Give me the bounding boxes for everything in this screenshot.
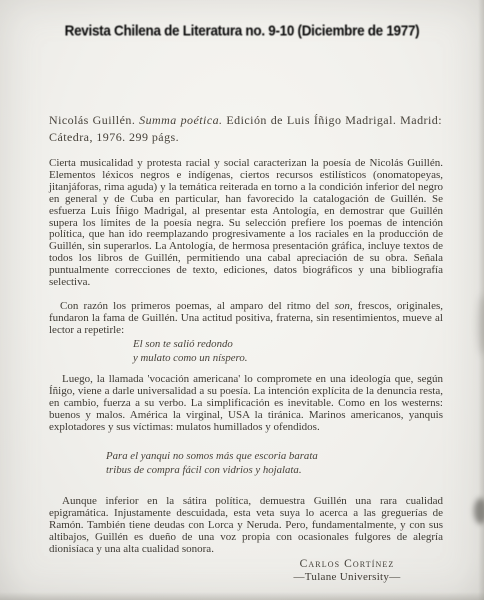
- reviewer-signature: Carlos Cortínez —Tulane University—: [243, 558, 451, 583]
- paragraph-american-vocation: Luego, la llamada 'vocación americana' l…: [49, 374, 443, 434]
- reviewer-name: Carlos Cortínez: [243, 558, 451, 570]
- verse-line-1: El son te salió redondo: [133, 338, 247, 352]
- paragraph-overview: Cierta musicalidad y protesta racial y s…: [49, 158, 443, 289]
- reviewer-affiliation: —Tulane University—: [243, 571, 451, 583]
- citation-author: Nicolás Guillén.: [49, 113, 139, 127]
- scan-edge-shadow: [0, 592, 484, 600]
- verse-line-2: y mulato como un níspero.: [133, 352, 247, 366]
- verse-line-2: tribus de compra fácil con vidrios y hoj…: [106, 464, 318, 478]
- verse-quote-yanqui: Para el yanqui no somos más que escoria …: [106, 450, 318, 477]
- scanned-journal-page: Revista Chilena de Literatura no. 9-10 (…: [0, 0, 484, 600]
- journal-header: Revista Chilena de Literatura no. 9-10 (…: [0, 23, 484, 39]
- paragraph-first-poems-text: Con razón los primeros poemas, al amparo…: [60, 300, 335, 312]
- scan-artifact-smudge: [478, 295, 484, 355]
- scan-edge-shadow: [478, 0, 484, 600]
- paragraph-conclusion: Aunque inferior en la sátira política, d…: [49, 496, 443, 556]
- scan-artifact-smudge: [474, 498, 484, 524]
- paragraph-first-poems: Con razón los primeros poemas, al amparo…: [49, 301, 443, 337]
- verse-line-1: Para el yanqui no somos más que escoria …: [106, 450, 318, 464]
- son-term: son: [335, 300, 350, 312]
- verse-quote-son: El son te salió redondo y mulato como un…: [133, 338, 247, 365]
- citation-book-title: Summa poética.: [139, 113, 226, 127]
- book-citation: Nicolás Guillén. Summa poética. Edición …: [49, 112, 442, 145]
